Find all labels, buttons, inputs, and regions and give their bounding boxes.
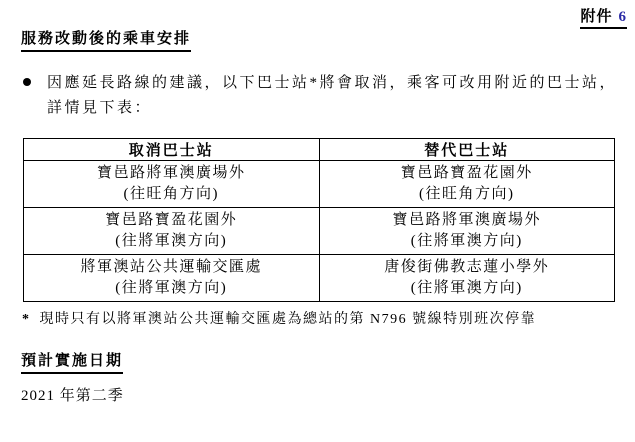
- footnote-marker: *: [22, 312, 31, 327]
- cancelled-stop-cell: 寶邑路寶盈花園外 (往將軍澳方向): [24, 208, 320, 255]
- bullet-line-2: 詳情見下表：: [47, 96, 625, 121]
- cancelled-stops-header: 取消巴士站: [24, 139, 320, 161]
- stop-name: 唐俊街佛教志蓮小學外: [320, 257, 615, 278]
- stop-name: 寶邑路寶盈花園外: [24, 210, 319, 231]
- table-row: 將軍澳站公共運輸交匯處 (往將軍澳方向) 唐俊街佛教志蓮小學外 (往將軍澳方向): [24, 255, 615, 302]
- replacement-stop-cell: 寶邑路將軍澳廣場外 (往將軍澳方向): [319, 208, 615, 255]
- implementation-date-value: 2021 年第二季: [21, 384, 124, 405]
- stop-name: 寶邑路將軍澳廣場外: [24, 163, 319, 184]
- replacement-stops-header: 替代巴士站: [319, 139, 615, 161]
- page-title: 服務改動後的乘車安排: [21, 27, 191, 52]
- stop-direction: (往旺角方向): [24, 184, 319, 205]
- cancelled-stop-cell: 寶邑路將軍澳廣場外 (往旺角方向): [24, 161, 320, 208]
- footnote-text: 現時只有以將軍澳站公共運輸交匯處為總站的第 N796 號線特別班次停靠: [40, 312, 537, 327]
- implementation-date-heading: 預計實施日期: [21, 349, 123, 374]
- document-page: 附件6 服務改動後的乘車安排 因應延長路線的建議，以下巴士站*將會取消，乘客可改…: [0, 0, 635, 442]
- bullet-line-1: 因應延長路線的建議，以下巴士站*將會取消，乘客可改用附近的巴士站，: [47, 71, 625, 96]
- bullet-paragraph: 因應延長路線的建議，以下巴士站*將會取消，乘客可改用附近的巴士站， 詳情見下表：: [47, 71, 625, 121]
- bullet-icon: [23, 78, 31, 86]
- stop-direction: (往將軍澳方向): [320, 278, 615, 299]
- stop-name: 寶邑路寶盈花園外: [320, 163, 615, 184]
- replacement-stop-cell: 寶邑路寶盈花園外 (往旺角方向): [319, 161, 615, 208]
- annex-label: 附件6: [580, 5, 627, 29]
- stop-name: 寶邑路將軍澳廣場外: [320, 210, 615, 231]
- stop-direction: (往旺角方向): [320, 184, 615, 205]
- stop-direction: (往將軍澳方向): [24, 231, 319, 252]
- cancelled-stop-cell: 將軍澳站公共運輸交匯處 (往將軍澳方向): [24, 255, 320, 302]
- stop-name: 將軍澳站公共運輸交匯處: [24, 257, 319, 278]
- annex-number: 6: [619, 9, 628, 25]
- replacement-stop-cell: 唐俊街佛教志蓮小學外 (往將軍澳方向): [319, 255, 615, 302]
- annex-title: 附件: [580, 9, 612, 25]
- bus-stops-table: 取消巴士站 替代巴士站 寶邑路將軍澳廣場外 (往旺角方向) 寶邑路寶盈花園外 (…: [23, 138, 615, 302]
- table-row: 寶邑路寶盈花園外 (往將軍澳方向) 寶邑路將軍澳廣場外 (往將軍澳方向): [24, 208, 615, 255]
- table-row: 寶邑路將軍澳廣場外 (往旺角方向) 寶邑路寶盈花園外 (往旺角方向): [24, 161, 615, 208]
- table-header-row: 取消巴士站 替代巴士站: [24, 139, 615, 161]
- footnote: *現時只有以將軍澳站公共運輸交匯處為總站的第 N796 號線特別班次停靠: [22, 308, 536, 328]
- stop-direction: (往將軍澳方向): [320, 231, 615, 252]
- stop-direction: (往將軍澳方向): [24, 278, 319, 299]
